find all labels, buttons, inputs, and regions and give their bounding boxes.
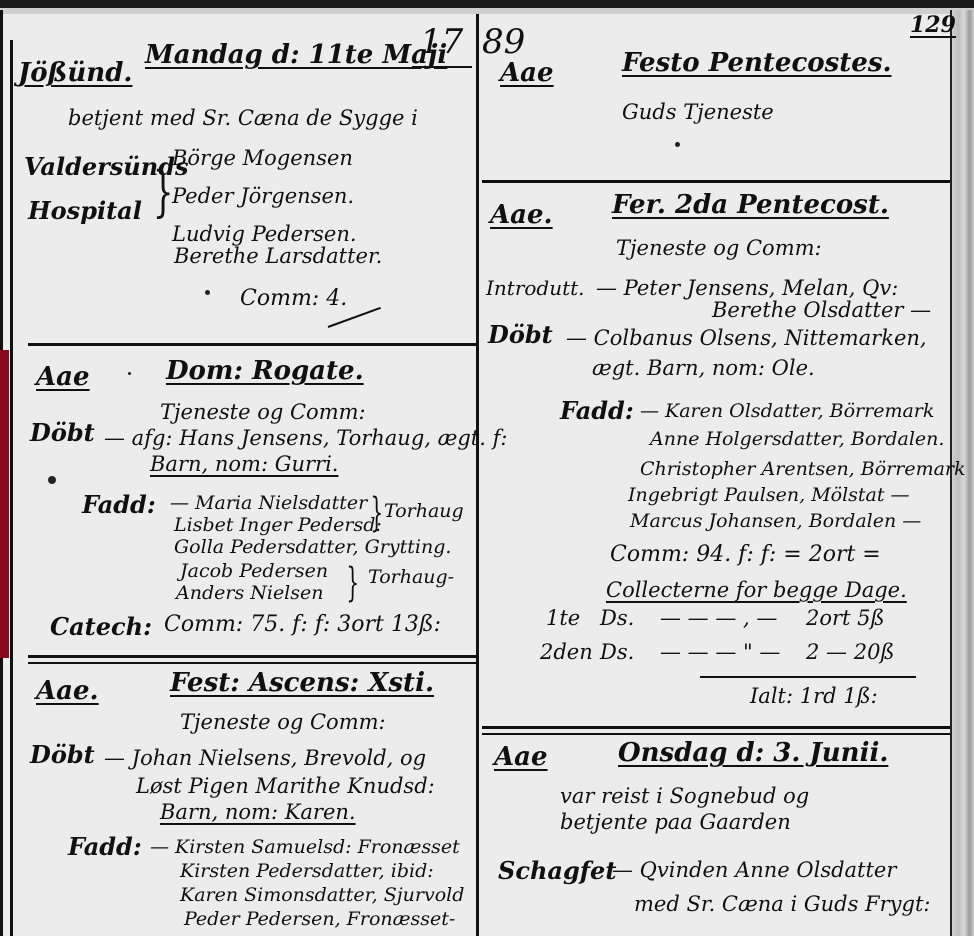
entry-label: Döbt (30, 418, 95, 447)
ink-speck (205, 290, 210, 295)
entry-text: Barn, nom: Gurri. (150, 452, 338, 476)
register-page: 17 89 129 Jößünd. Mandag d: 11te Maji be… (0, 0, 974, 936)
entry-place: Aae. (490, 200, 553, 230)
entry-label: Fadd: (68, 832, 142, 861)
ink-speck (675, 142, 680, 147)
entry-label: Döbt (488, 320, 553, 349)
name: Ludvig Pedersen. (172, 222, 357, 246)
farm-name: Torhaug- (368, 566, 454, 588)
name: Peder Jörgensen. (172, 184, 354, 208)
communicants-count: Comm: 94. f: f: = 2ort = (610, 542, 881, 567)
collection-desc: Ds. (600, 640, 634, 664)
sponsor-name: Christopher Arentsen, Börremark (640, 458, 966, 480)
entry-line: var reist i Sognebud og (560, 784, 809, 808)
collection-label: 1te (546, 606, 580, 630)
service-line: Tjeneste og Comm: (160, 400, 366, 424)
entry-text: — Johan Nielsens, Brevold, og (104, 746, 426, 770)
red-bookmark-tab (0, 350, 9, 658)
entry-place: Aae (500, 58, 554, 88)
entry-text: med Sr. Cæna i Guds Frygt: (634, 892, 930, 916)
collection-amount: 2ort 5ß (806, 606, 885, 630)
entry-label: Introdutt. (486, 276, 585, 300)
entry-text: Barn, nom: Karen. (160, 800, 356, 824)
collection-dots: — — — " — (660, 640, 780, 664)
group-label: Hospital (28, 196, 142, 225)
entry-heading: Fer. 2da Pentecost. (612, 190, 889, 220)
entry-heading: Mandag d: 11te Maji (145, 40, 447, 70)
sponsor-name: — Kirsten Samuelsd: Fronæsset (150, 836, 460, 858)
entry-line: betjent med Sr. Cæna de Sygge i (68, 106, 418, 130)
service-line: Guds Tjeneste (622, 100, 774, 124)
entry-text: ægt. Barn, nom: Ole. (592, 356, 815, 380)
section-rule (28, 655, 476, 658)
left-margin-rule (10, 40, 13, 936)
name: Börge Mogensen (172, 146, 353, 170)
sponsor-name: Golla Pedersdatter, Grytting. (174, 536, 451, 558)
section-rule (482, 180, 950, 183)
sponsor-name: — Maria Nielsdatter (170, 492, 367, 514)
entry-text: Løst Pigen Marithe Knudsd: (136, 774, 435, 798)
footer-label: Catech: (50, 612, 152, 641)
entry-text: — Peter Jensens, Melan, Qv: (596, 276, 898, 300)
entry-heading: Onsdag d: 3. Junii. (618, 738, 888, 768)
page-top-edge (0, 0, 974, 8)
sponsor-name: Kirsten Pedersdatter, ibid: (180, 860, 434, 882)
collection-amount: 2 — 20ß (806, 640, 894, 664)
collection-dots: — — — , — (660, 606, 777, 630)
sponsor-name: Anne Holgersdatter, Bordalen. (650, 428, 944, 450)
entry-line: betjente paa Gaarden (560, 810, 791, 834)
entry-label: Fadd: (560, 396, 634, 425)
entry-label: Fadd: (82, 490, 156, 519)
page-top-margin (0, 8, 974, 14)
entry-label: Döbt (30, 740, 95, 769)
entry-heading: Fest: Ascens: Xsti. (170, 668, 434, 698)
flourish-stroke (412, 66, 472, 68)
entry-place: Jößünd. (18, 58, 132, 88)
sum-rule (700, 676, 916, 678)
section-rule (482, 733, 950, 735)
service-line: Tjeneste og Comm: (180, 710, 386, 734)
sponsor-name: — Karen Olsdatter, Börremark (640, 400, 934, 422)
collection-total: Ialt: 1rd 1ß: (750, 684, 878, 708)
ink-blot (48, 476, 56, 484)
brace-icon: } (153, 160, 174, 223)
entry-text: — Colbanus Olsens, Nittemarken, (566, 326, 927, 350)
entry-place: Aae (494, 742, 548, 772)
sponsor-name: Lisbet Inger Pedersd: (174, 514, 382, 536)
entry-heading: Dom: Rogate. (166, 356, 364, 386)
entry-text: Berethe Olsdatter — (712, 298, 931, 322)
communicants-count: Comm: 4. (240, 286, 347, 311)
collection-desc: Ds. (600, 606, 634, 630)
ink-speck (128, 372, 131, 375)
entry-text: — afg: Hans Jensens, Torhaug, ægt. f: (104, 426, 507, 450)
brace-icon: } (346, 560, 359, 606)
entry-heading: Festo Pentecostes. (622, 48, 892, 78)
sponsor-name: Ingebrigt Paulsen, Mölstat — (628, 484, 910, 506)
farm-name: Torhaug (384, 500, 464, 522)
sponsor-name: Anders Nielsen (176, 582, 324, 604)
entry-place: Aae (36, 362, 90, 392)
page-number: 129 (910, 12, 956, 38)
sponsor-name: Jacob Pedersen (180, 560, 328, 582)
section-rule (28, 662, 476, 664)
year-right: 89 (482, 22, 525, 62)
section-rule (482, 726, 950, 729)
column-divider (476, 14, 479, 936)
entry-label: Schagfet (498, 856, 616, 885)
sponsor-name: Marcus Johansen, Bordalen — (630, 510, 921, 532)
footer-text: Comm: 75. f: f: 3ort 13ß: (164, 612, 441, 637)
collection-label: 2den (540, 640, 593, 664)
brace-icon: } (370, 490, 383, 536)
service-line: Tjeneste og Comm: (616, 236, 822, 260)
sponsor-name: Peder Pedersen, Fronæsset- (184, 908, 455, 930)
entry-text: — Qvinden Anne Olsdatter (612, 858, 896, 882)
sponsor-name: Karen Simonsdatter, Sjurvold (180, 884, 464, 906)
entry-place: Aae. (36, 676, 99, 706)
collection-heading: Collecterne for begge Dage. (606, 578, 907, 602)
section-rule (28, 343, 476, 346)
name: Berethe Larsdatter. (174, 244, 382, 268)
